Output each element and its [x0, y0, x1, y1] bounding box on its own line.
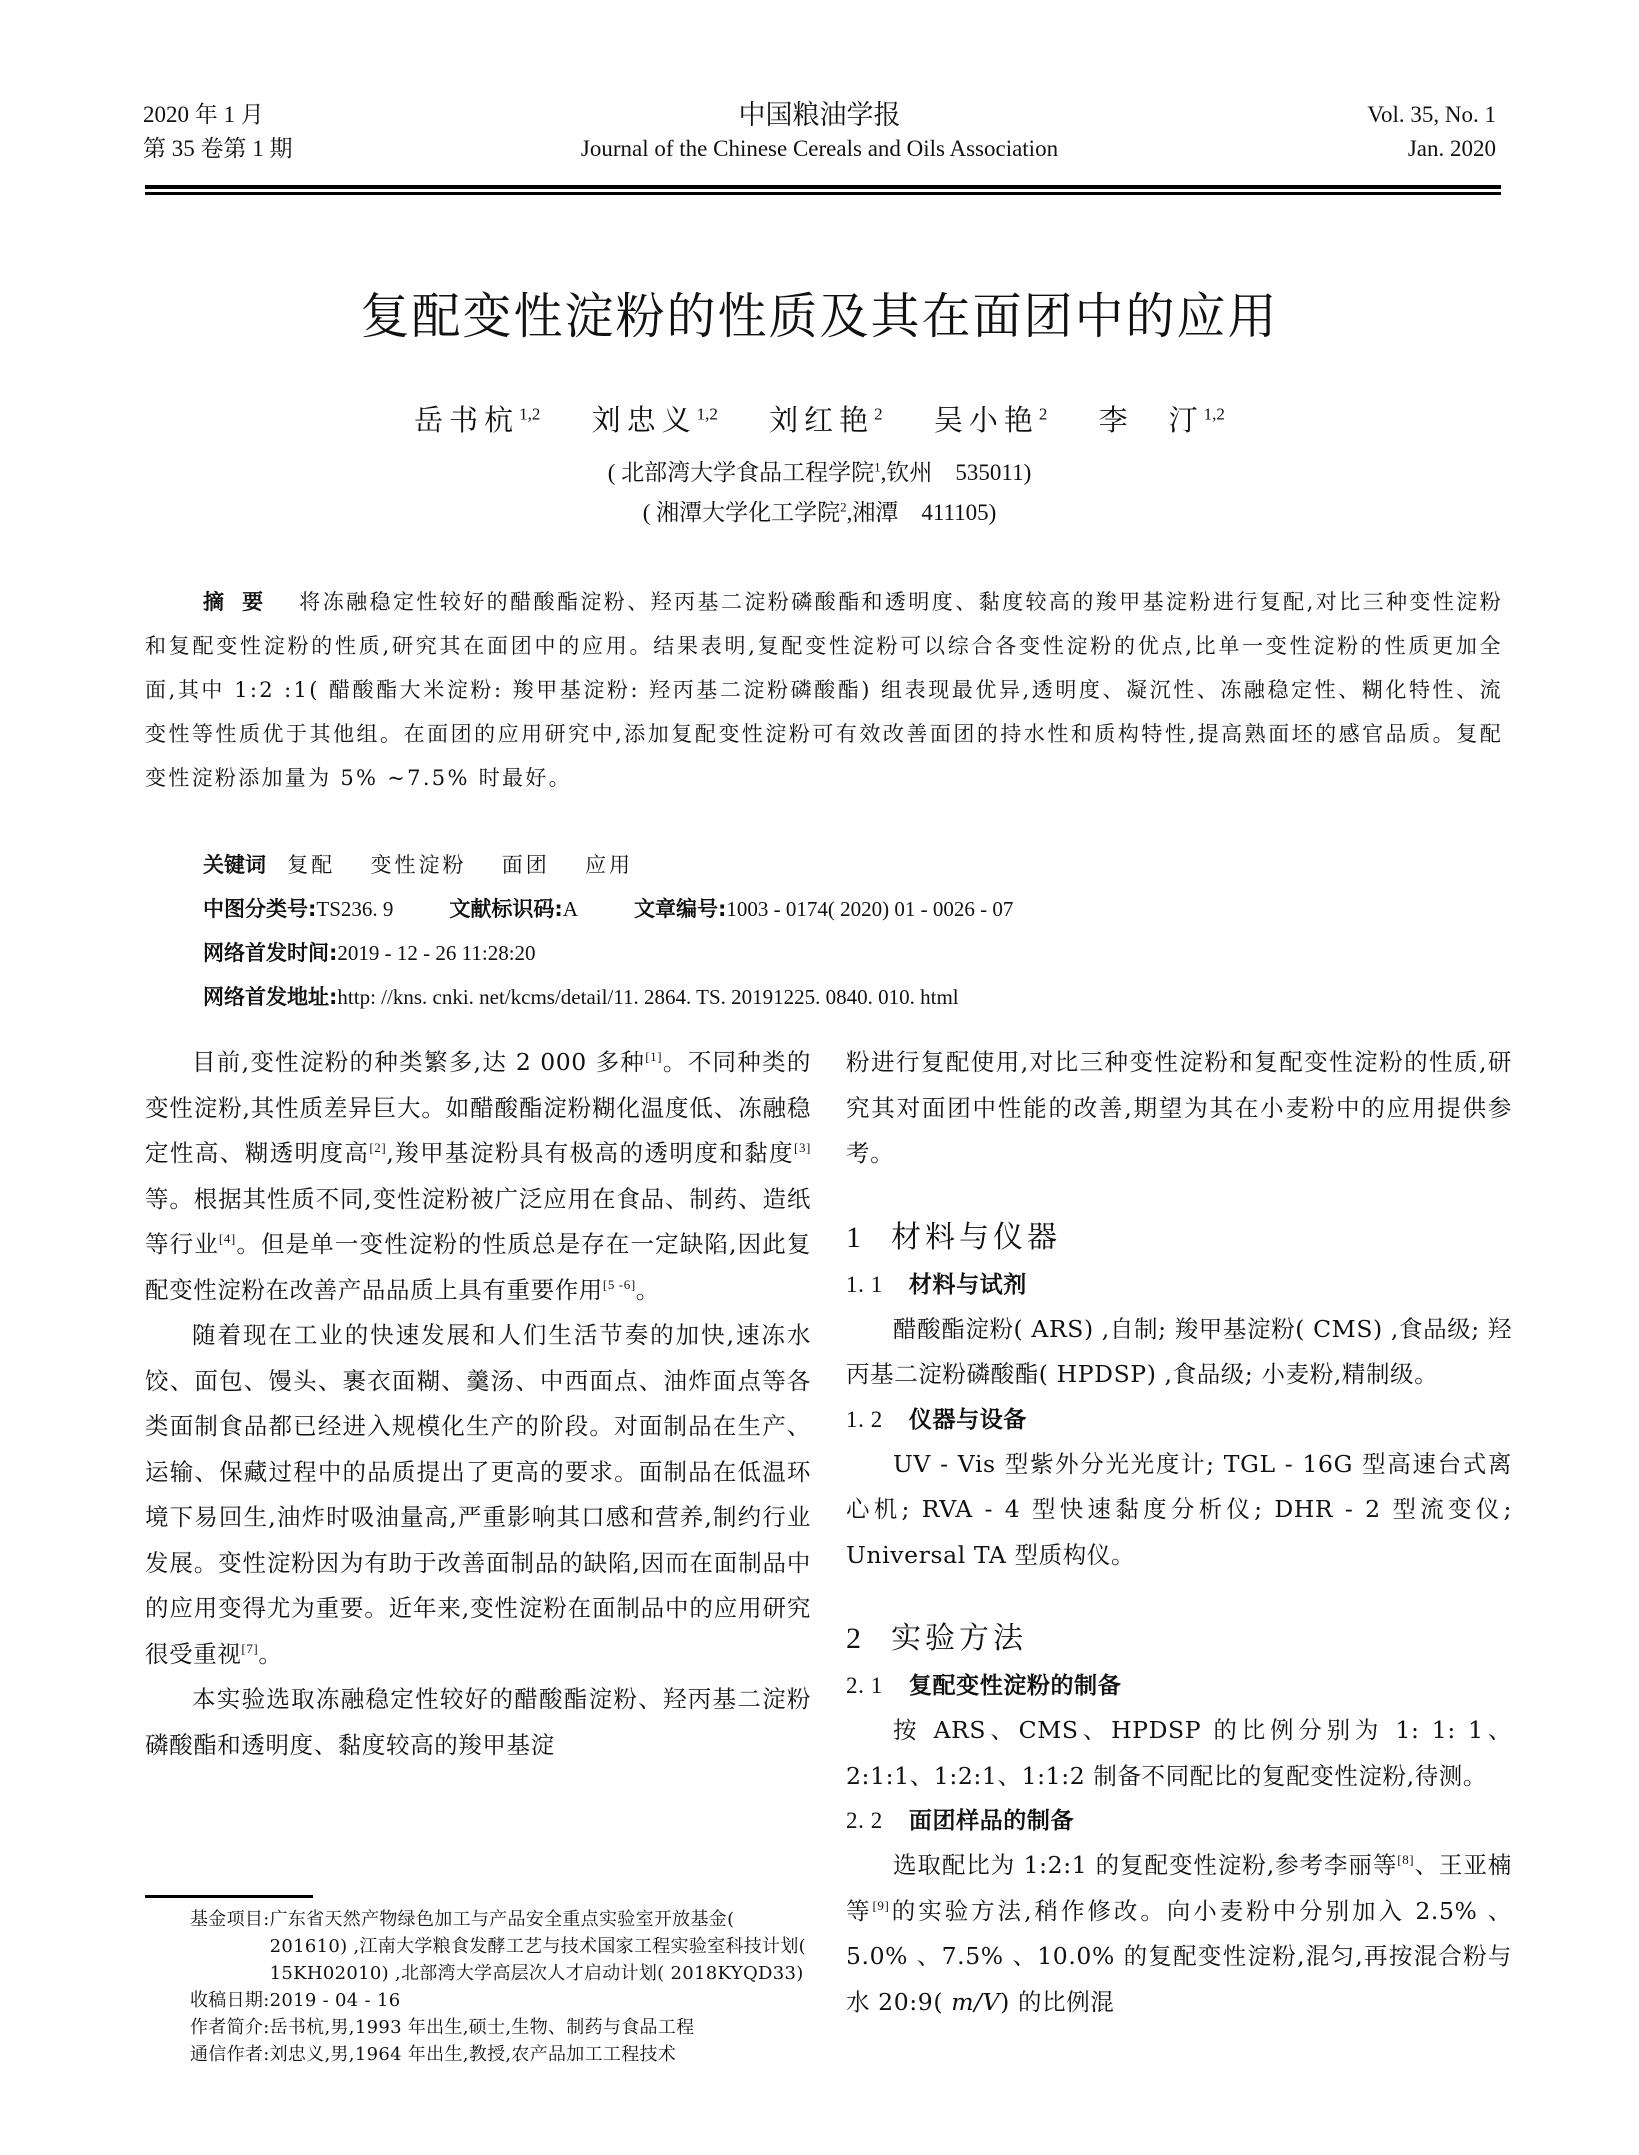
received-row: 收稿日期:2019 - 04 - 16	[190, 1987, 808, 2014]
online-url-value[interactable]: http: //kns. cnki. net/kcms/detail/11. 2…	[337, 985, 958, 1009]
section-heading-2: 2实验方法	[846, 1616, 1512, 1662]
doc-code-value: A	[563, 897, 578, 921]
clc-label: 中图分类号:	[203, 897, 316, 921]
fund-row: 基金项目:广东省天然产物绿色加工与产品安全重点实验室开放基金( 201610) …	[190, 1906, 808, 1987]
keyword: 面团	[502, 853, 550, 877]
citation[interactable]: [2]	[369, 1140, 386, 1155]
corresponding-author-row: 通信作者:刘忠义,男,1964 年出生,教授,农产品加工工程技术	[190, 2041, 808, 2068]
paragraph: UV - Vis 型紫外分光光度计; TGL - 16G 型高速台式离心机; R…	[846, 1442, 1512, 1579]
header-rule-top	[145, 185, 1501, 189]
online-time: 网络首发时间:2019 - 12 - 26 11:28:20	[203, 931, 536, 975]
affiliation-1: ( 北部湾大学食品工程学院1,钦州 535011)	[0, 454, 1639, 487]
author-bio-row: 作者简介:岳书杭,男,1993 年出生,硕士,生物、制药与食品工程	[190, 2014, 808, 2041]
abstract: 摘要将冻融稳定性较好的醋酸酯淀粉、羟丙基二淀粉磷酸酯和透明度、黏度较高的羧甲基淀…	[145, 580, 1503, 800]
volume-date: Jan. 2020	[1367, 132, 1496, 166]
section-heading-1-1: 1. 1材料与试剂	[846, 1263, 1512, 1307]
section-heading-2-1: 2. 1复配变性淀粉的制备	[846, 1664, 1512, 1708]
author: 岳书杭1,2	[414, 403, 540, 437]
body-column-right: 粉进行复配使用,对比三种变性淀粉和复配变性淀粉的性质,研究其对面团中性能的改善,…	[846, 1040, 1512, 2025]
keyword: 复配	[287, 853, 335, 877]
paragraph: 选取配比为 1:2:1 的复配变性淀粉,参考李丽等[8]、王亚楠等[9]的实验方…	[846, 1843, 1512, 2025]
article-no-label: 文章编号:	[634, 897, 726, 921]
paper-title: 复配变性淀粉的性质及其在面团中的应用	[0, 278, 1639, 348]
paragraph: 按 ARS、CMS、HPDSP 的比例分别为 1: 1: 1、2:1:1、1:2…	[846, 1708, 1512, 1799]
keyword: 应用	[585, 853, 633, 877]
classification-line: 中图分类号:TS236. 9文献标识码:A文章编号:1003 - 0174( 2…	[203, 887, 1013, 931]
footnote: 基金项目:广东省天然产物绿色加工与产品安全重点实验室开放基金( 201610) …	[190, 1906, 808, 2068]
section-heading-1: 1材料与仪器	[846, 1215, 1512, 1261]
author: 吴小艳2	[934, 403, 1048, 437]
citation[interactable]: [5 -6]	[603, 1277, 636, 1292]
author: 刘忠义1,2	[592, 403, 718, 437]
citation[interactable]: [7]	[241, 1641, 258, 1656]
author: 刘红艳2	[769, 403, 883, 437]
online-url: 网络首发地址:http: //kns. cnki. net/kcms/detai…	[203, 975, 959, 1019]
header-rule-bottom	[145, 192, 1501, 195]
volume-number: Vol. 35, No. 1	[1367, 98, 1496, 132]
doc-code-label: 文献标识码:	[449, 897, 562, 921]
paragraph: 醋酸酯淀粉( ARS) ,自制; 羧甲基淀粉( CMS) ,食品级; 羟丙基二淀…	[846, 1307, 1512, 1398]
keywords: 关键词 复配 变性淀粉 面团 应用	[203, 843, 647, 887]
citation[interactable]: [1]	[645, 1049, 662, 1064]
citation[interactable]: [3]	[794, 1140, 811, 1155]
keywords-label: 关键词	[203, 853, 266, 877]
clc-value: TS236. 9	[316, 897, 393, 921]
keyword: 变性淀粉	[371, 853, 467, 877]
online-url-label: 网络首发地址:	[203, 985, 337, 1009]
paragraph: 随着现在工业的快速发展和人们生活节奏的加快,速冻水饺、面包、馒头、裹衣面糊、羹汤…	[145, 1313, 811, 1677]
abstract-label: 摘要	[203, 590, 281, 614]
abstract-text: 将冻融稳定性较好的醋酸酯淀粉、羟丙基二淀粉磷酸酯和透明度、黏度较高的羧甲基淀粉进…	[145, 590, 1503, 790]
citation[interactable]: [9]	[872, 1898, 889, 1913]
article-no-value: 1003 - 0174( 2020) 01 - 0026 - 07	[726, 897, 1013, 921]
online-time-label: 网络首发时间:	[203, 941, 337, 965]
section-heading-1-2: 1. 2仪器与设备	[846, 1398, 1512, 1442]
paragraph: 粉进行复配使用,对比三种变性淀粉和复配变性淀粉的性质,研究其对面团中性能的改善,…	[846, 1040, 1512, 1177]
paragraph: 本实验选取冻融稳定性较好的醋酸酯淀粉、羟丙基二淀粉磷酸酯和透明度、黏度较高的羧甲…	[145, 1677, 811, 1768]
author: 李 汀1,2	[1099, 403, 1225, 437]
author-list: 岳书杭1,2 刘忠义1,2 刘红艳2 吴小艳2 李 汀1,2	[0, 398, 1639, 439]
citation[interactable]: [8]	[1397, 1852, 1414, 1867]
citation[interactable]: [4]	[219, 1231, 236, 1246]
volume-info: Vol. 35, No. 1 Jan. 2020	[1367, 98, 1496, 166]
online-time-value: 2019 - 12 - 26 11:28:20	[337, 941, 535, 965]
body-column-left: 目前,变性淀粉的种类繁多,达 2 000 多种[1]。不同种类的变性淀粉,其性质…	[145, 1040, 811, 1768]
affiliation-2: ( 湘潭大学化工学院2,湘潭 411105)	[0, 494, 1639, 527]
footnote-rule	[145, 1895, 313, 1898]
section-heading-2-2: 2. 2面团样品的制备	[846, 1799, 1512, 1843]
paragraph: 目前,变性淀粉的种类繁多,达 2 000 多种[1]。不同种类的变性淀粉,其性质…	[145, 1040, 811, 1313]
